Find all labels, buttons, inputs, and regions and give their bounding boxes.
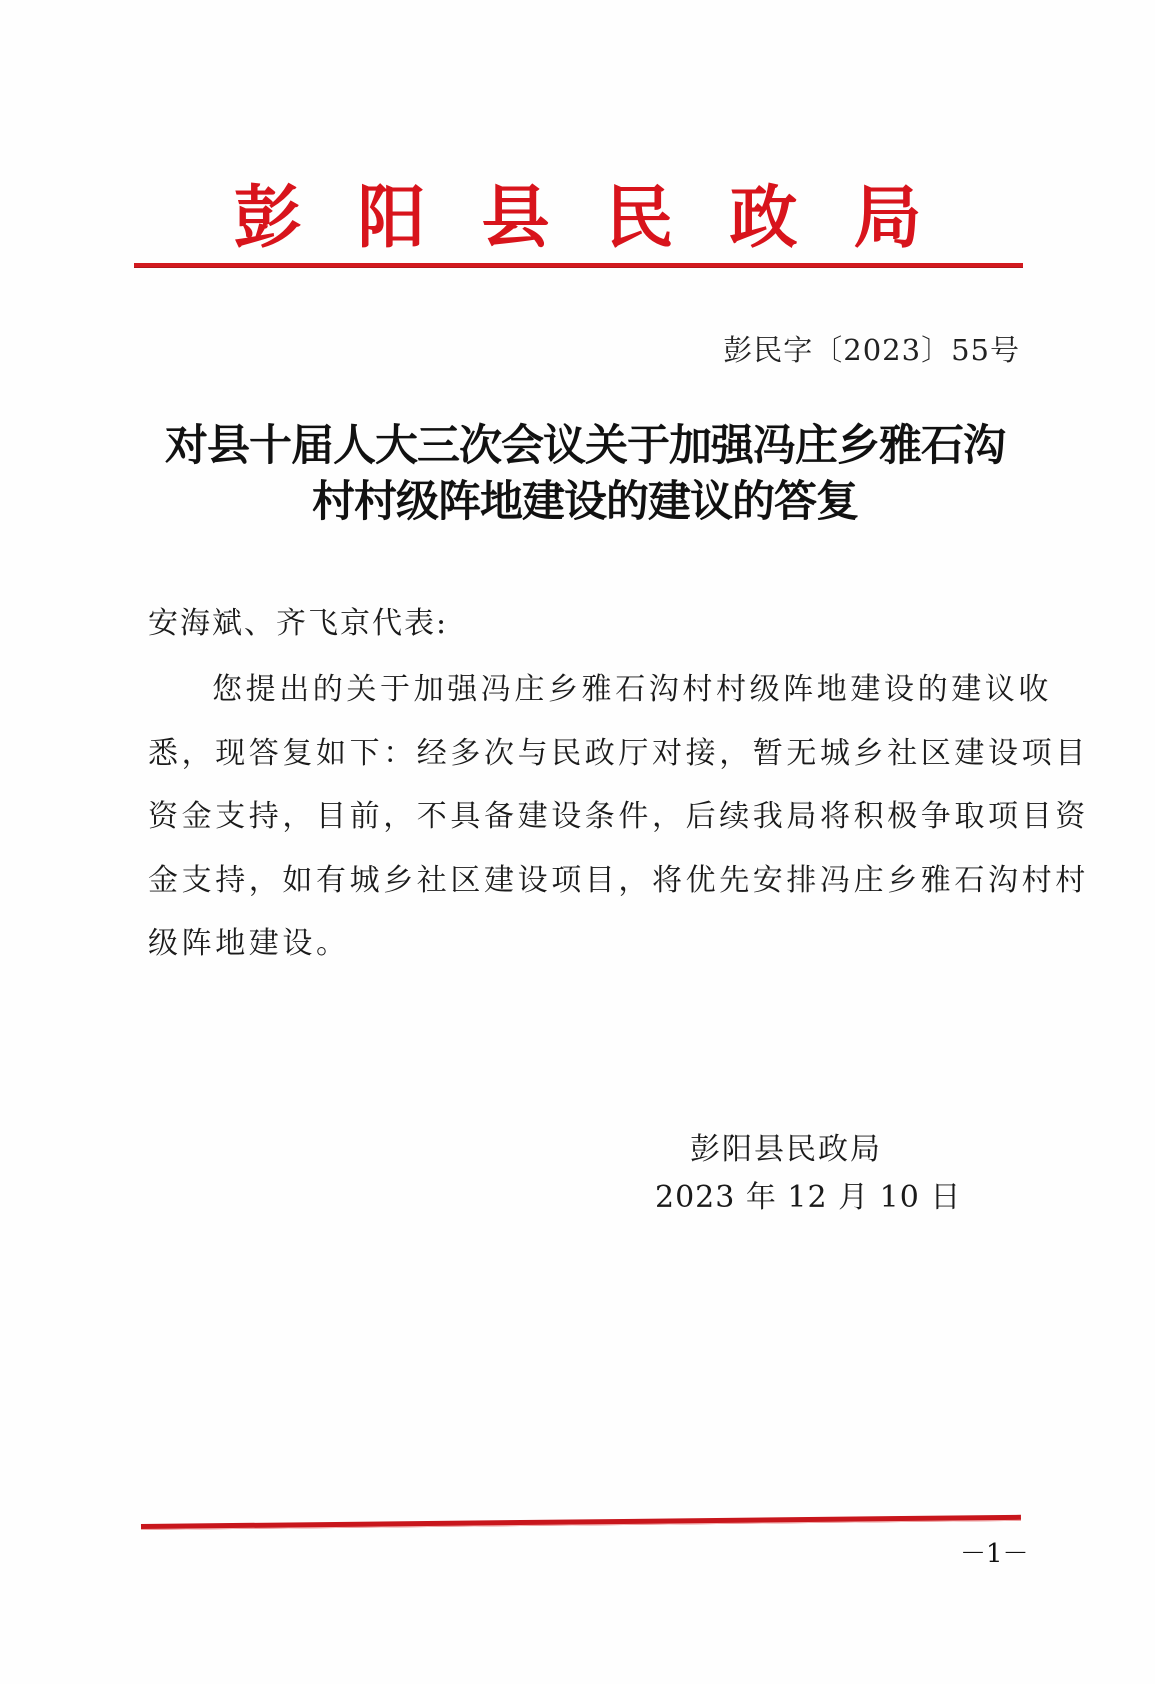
body-line: 您提出的关于加强冯庄乡雅石沟村村级阵地建设的建议收 — [148, 658, 1028, 722]
signature-date: 2023 年 12 月 10 日 — [655, 1176, 961, 1220]
footer-red-rule — [141, 1515, 1021, 1530]
document-number: 彭民字〔2023〕55号 — [723, 330, 1020, 370]
body-paragraph: 您提出的关于加强冯庄乡雅石沟村村级阵地建设的建议收 悉，现答复如下：经多次与民政… — [148, 658, 1028, 976]
letterhead-char: 政 — [702, 178, 826, 258]
letterhead-char: 阳 — [330, 178, 454, 258]
letterhead-char: 局 — [826, 178, 950, 258]
page-number: －1－ — [960, 1536, 1029, 1572]
body-line: 金支持，如有城乡社区建设项目，将优先安排冯庄乡雅石沟村村 — [148, 849, 1028, 913]
document-title-line-2: 村村级阵地建设的建议的答复 — [140, 474, 1030, 530]
document-title-line-1: 对县十届人大三次会议关于加强冯庄乡雅石沟 — [140, 418, 1030, 474]
letterhead-char: 彭 — [206, 178, 330, 258]
document-title: 对县十届人大三次会议关于加强冯庄乡雅石沟 村村级阵地建设的建议的答复 — [140, 418, 1030, 530]
letterhead-title: 彭 阳 县 民 政 局 — [0, 178, 1155, 258]
body-line: 级阵地建设。 — [148, 912, 1028, 976]
salutation: 安海斌、齐飞京代表: — [148, 602, 448, 646]
letterhead-char: 民 — [578, 178, 702, 258]
body-line: 悉，现答复如下：经多次与民政厅对接，暂无城乡社区建设项目 — [148, 722, 1028, 786]
signature-organization: 彭阳县民政局 — [690, 1128, 882, 1172]
letterhead-char: 县 — [454, 178, 578, 258]
body-line: 资金支持，目前，不具备建设条件，后续我局将积极争取项目资 — [148, 785, 1028, 849]
header-red-rule — [134, 263, 1023, 267]
